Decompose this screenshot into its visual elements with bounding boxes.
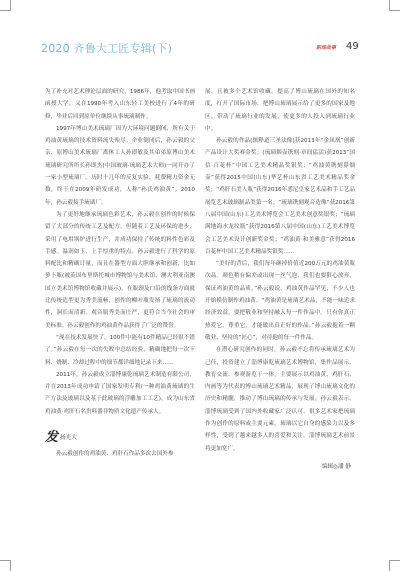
subheading-rest: 扬光大 — [60, 435, 77, 441]
section-label: 职场故事 — [316, 44, 336, 51]
left-text-column: 为了补充对艺术理论层面的研究，1986年，他考取中国书画函授大学，又在1990年… — [45, 86, 195, 460]
paragraph: “现在技术发展快了，100件中能有10件精品已经很不错了。”孙云毅在每一次的失败… — [45, 332, 195, 369]
page-number: 49 — [346, 41, 359, 52]
paragraph: 孙云毅的作品(儒释道三圣法像)获2013年“金凤凰”创新产品设计大奖赛金奖；(琉… — [205, 135, 355, 258]
paragraph: 为了补充对艺术理论层面的研究，1986年，他考取中国书画函授大学，又在1990年… — [45, 86, 195, 123]
crop-mark-top-left — [0, 0, 11, 11]
crop-mark-bottom-right — [389, 560, 400, 571]
subheading: 发扬光大 — [45, 432, 195, 448]
paragraph: 为了更好地继承琉璃色彩艺术，孙云毅在创作的时候保留了大部分的传统工艺及配方，但随… — [45, 209, 195, 332]
paragraph: 展，且被多个艺术馆收藏。提高了博山琉璃在国外的知名度，打开了国际市场，把博山琉璃… — [205, 86, 355, 135]
right-text-column: 展，且被多个艺术馆收藏。提高了博山琉璃在国外的知名度，打开了国际市场，把博山琉璃… — [205, 86, 355, 473]
paragraph: 孙云毅创作的鸡油黄、鸡肝石作品多次去国外参 — [45, 448, 195, 460]
paragraph: 2011年，孙云毅成立淄博康乾琉璃艺术制造有限公司，并在2013年成功申请了国家… — [45, 369, 195, 418]
subheading-initial: 发 — [45, 430, 58, 445]
magazine-issue-title: 2020 齐鲁大工匠专辑(下) — [41, 40, 172, 56]
paragraph: 在潜心研究创作的同时，孙云毅不忘将传承琉璃艺术为己任，投资建立了淄博康乾琉璃艺术… — [205, 344, 355, 455]
crop-mark-bottom-left — [0, 560, 11, 571]
crop-mark-top-right — [389, 0, 400, 11]
editor-byline: 编辑◎潘 静 — [205, 461, 355, 473]
paragraph: “美好的背后，我们每年砸掉价值近200万元的鸡油黄瓶次品。颜色稍有偏差或出现一丝… — [205, 258, 355, 344]
paragraph: 1997年博山美术琉璃厂因为大环境问题倒闭，所有关于鸡油黄琉璃的技术资料流失殆尽… — [45, 123, 195, 209]
